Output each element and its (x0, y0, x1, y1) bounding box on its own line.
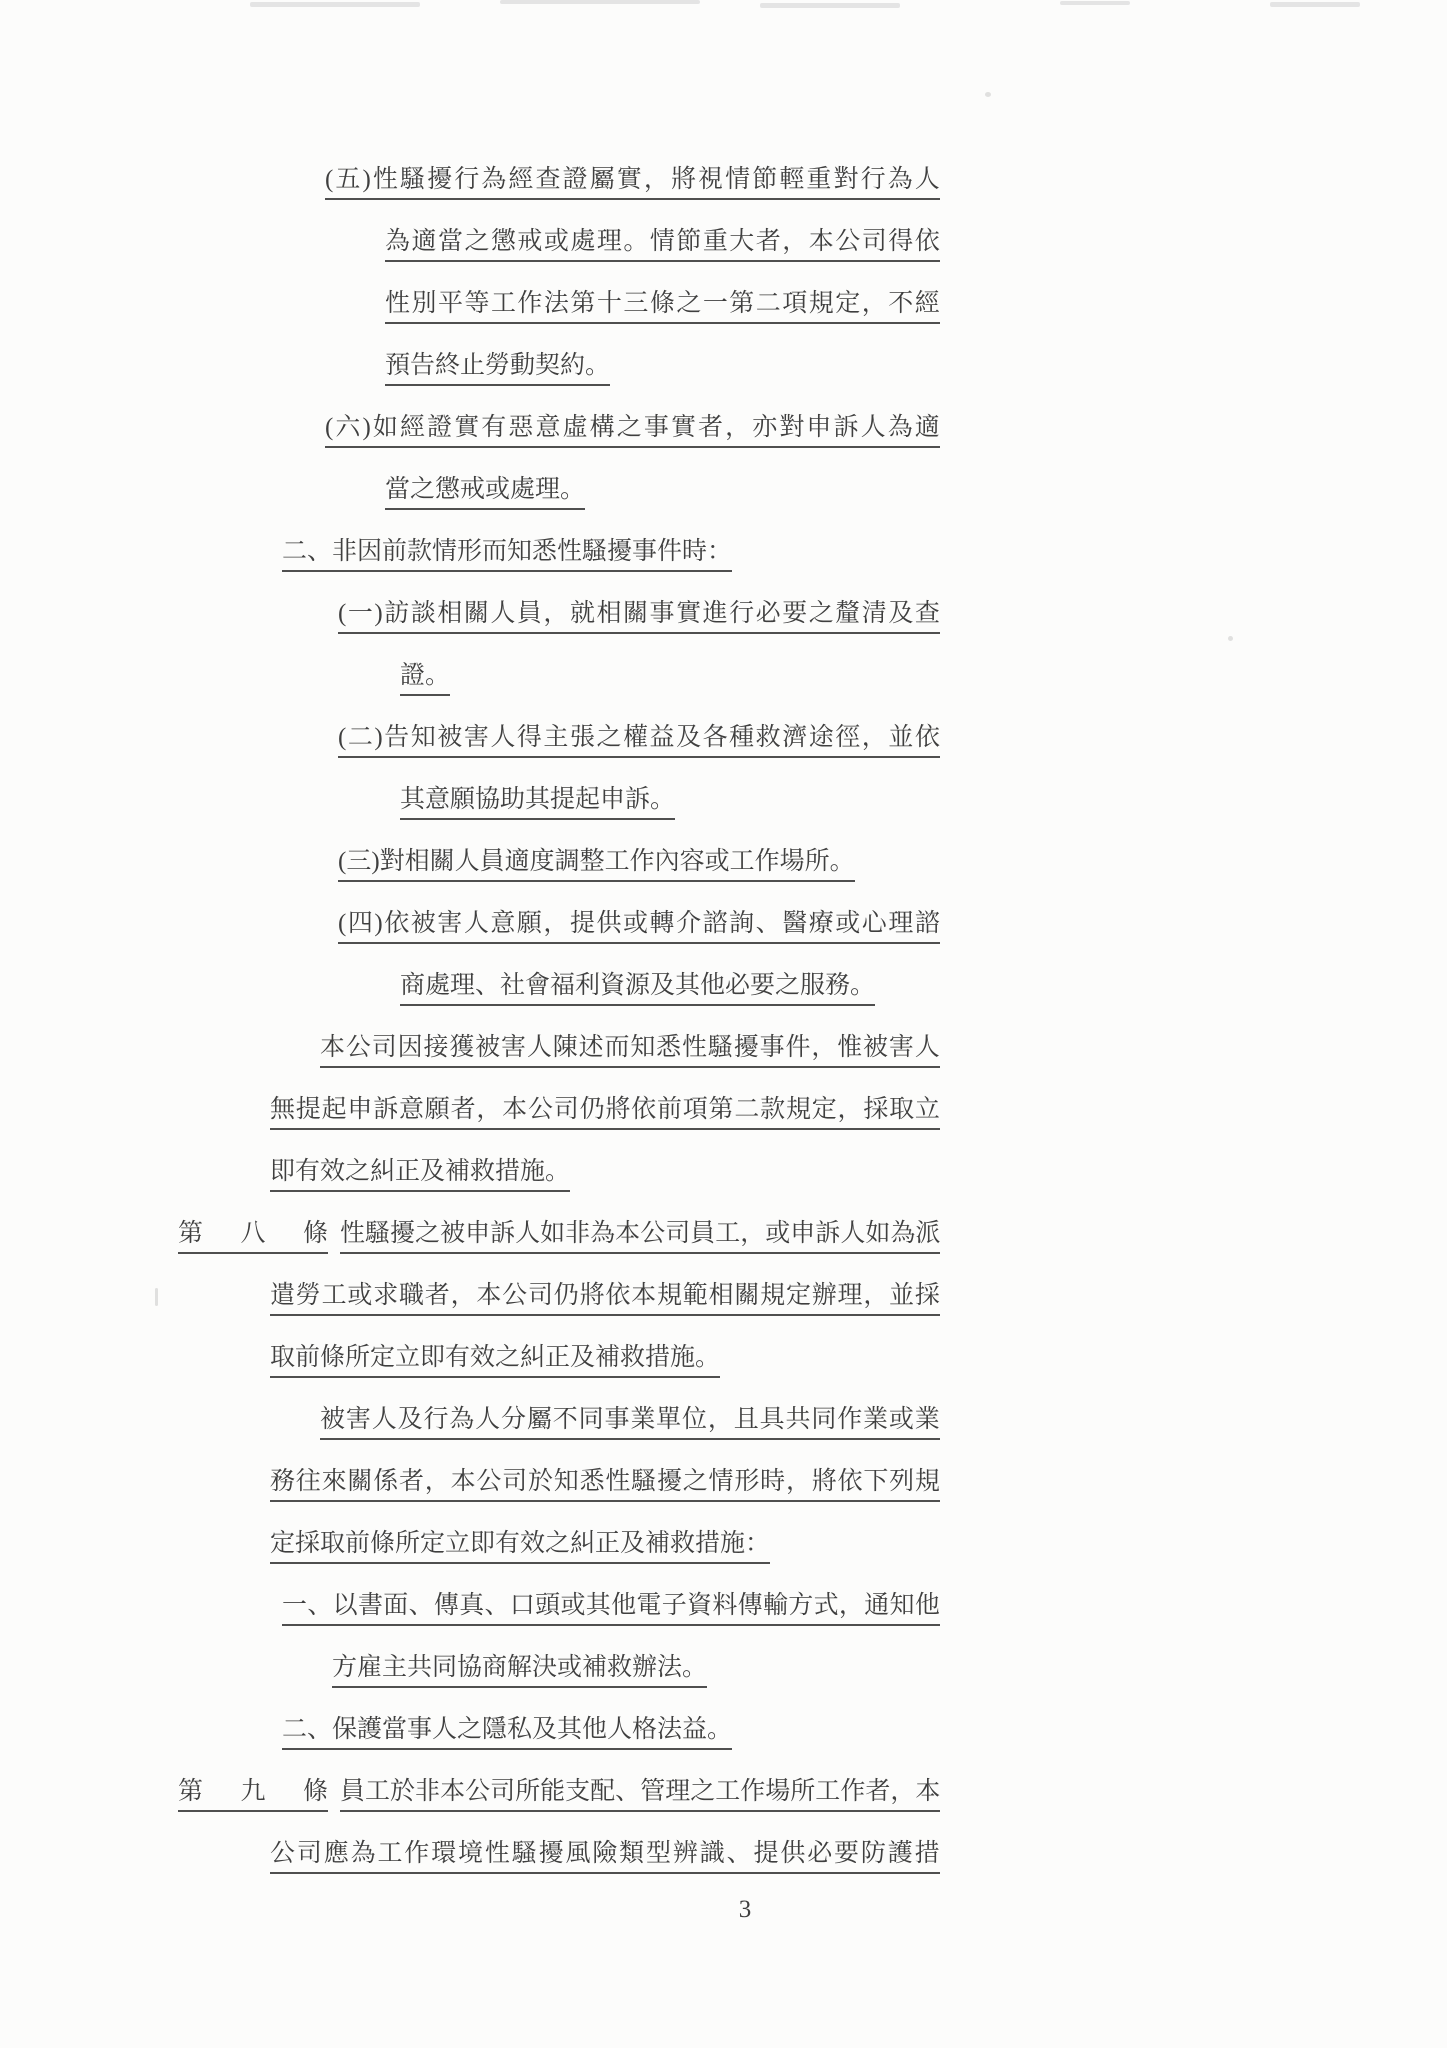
article-number-label: 第八條 (178, 1221, 328, 1254)
page-number: 3 (0, 1896, 1447, 1924)
scan-smudge (250, 2, 420, 7)
line-text: 二、保護當事人之隱私及其他人格法益。 (282, 1717, 732, 1750)
document-line: 方雇主共同協商解決或補救辦法。 (0, 1640, 1447, 1702)
document-line: 本公司因接獲被害人陳述而知悉性騷擾事件，惟被害人 (0, 1020, 1447, 1082)
line-text: 當之懲戒或處理。 (385, 477, 585, 510)
document-line: (五)性騷擾行為經查證屬實，將視情節輕重對行為人 (0, 152, 1447, 214)
line-text: (二)告知被害人得主張之權益及各種救濟途徑，並依 (338, 725, 940, 758)
line-text: 取前條所定立即有效之糾正及補救措施。 (270, 1345, 720, 1378)
document-line: 預告終止勞動契約。 (0, 338, 1447, 400)
scan-smudge (500, 0, 700, 4)
document-line: 二、保護當事人之隱私及其他人格法益。 (0, 1702, 1447, 1764)
document-line: 務往來關係者，本公司於知悉性騷擾之情形時，將依下列規 (0, 1454, 1447, 1516)
line-text: 本公司因接獲被害人陳述而知悉性騷擾事件，惟被害人 (320, 1035, 940, 1068)
document-line: 公司應為工作環境性騷擾風險類型辨識、提供必要防護措 (0, 1826, 1447, 1888)
line-text: (五)性騷擾行為經查證屬實，將視情節輕重對行為人 (325, 167, 940, 200)
line-text: 無提起申訴意願者，本公司仍將依前項第二款規定，採取立 (270, 1097, 940, 1130)
document-line: (六)如經證實有惡意虛構之事實者，亦對申訴人為適 (0, 400, 1447, 462)
document-line: 即有效之糾正及補救措施。 (0, 1144, 1447, 1206)
scanned-document-page: (五)性騷擾行為經查證屬實，將視情節輕重對行為人為適當之懲戒或處理。情節重大者，… (0, 0, 1447, 2048)
document-body: (五)性騷擾行為經查證屬實，將視情節輕重對行為人為適當之懲戒或處理。情節重大者，… (0, 152, 1447, 1888)
document-line: 二、非因前款情形而知悉性騷擾事件時： (0, 524, 1447, 586)
document-line: 性別平等工作法第十三條之一第二項規定，不經 (0, 276, 1447, 338)
line-text: 公司應為工作環境性騷擾風險類型辨識、提供必要防護措 (270, 1841, 940, 1874)
line-text: 務往來關係者，本公司於知悉性騷擾之情形時，將依下列規 (270, 1469, 940, 1502)
line-text: (六)如經證實有惡意虛構之事實者，亦對申訴人為適 (325, 415, 940, 448)
line-text: 性別平等工作法第十三條之一第二項規定，不經 (385, 291, 940, 324)
scan-smudge (1060, 1, 1130, 5)
line-text: 即有效之糾正及補救措施。 (270, 1159, 570, 1192)
line-text: 方雇主共同協商解決或補救辦法。 (332, 1655, 707, 1688)
document-line: 取前條所定立即有效之糾正及補救措施。 (0, 1330, 1447, 1392)
document-line: 其意願協助其提起申訴。 (0, 772, 1447, 834)
document-line: (四)依被害人意願，提供或轉介諮詢、醫療或心理諮 (0, 896, 1447, 958)
scan-smudge (1270, 2, 1360, 7)
document-line: 當之懲戒或處理。 (0, 462, 1447, 524)
document-line: 商處理、社會福利資源及其他必要之服務。 (0, 958, 1447, 1020)
line-text: 被害人及行為人分屬不同事業單位，且具共同作業或業 (320, 1407, 940, 1440)
line-text: (四)依被害人意願，提供或轉介諮詢、醫療或心理諮 (338, 911, 940, 944)
line-text: (三)對相關人員適度調整工作內容或工作場所。 (338, 849, 855, 882)
document-line: 證。 (0, 648, 1447, 710)
scan-speck (985, 92, 991, 97)
document-line: (一)訪談相關人員，就相關事實進行必要之釐清及查 (0, 586, 1447, 648)
article-line: 第九條員工於非本公司所能支配、管理之工作場所工作者，本 (0, 1764, 1447, 1826)
article-number-label: 第九條 (178, 1779, 328, 1812)
line-text: 其意願協助其提起申訴。 (400, 787, 675, 820)
line-text: 二、非因前款情形而知悉性騷擾事件時： (282, 539, 732, 572)
line-text: 定採取前條所定立即有效之糾正及補救措施： (270, 1531, 770, 1564)
document-line: 一、以書面、傳真、口頭或其他電子資料傳輸方式，通知他 (0, 1578, 1447, 1640)
document-line: (三)對相關人員適度調整工作內容或工作場所。 (0, 834, 1447, 896)
document-line: (二)告知被害人得主張之權益及各種救濟途徑，並依 (0, 710, 1447, 772)
line-text: 為適當之懲戒或處理。情節重大者，本公司得依 (385, 229, 940, 262)
line-text: 遣勞工或求職者，本公司仍將依本規範相關規定辦理，並採 (270, 1283, 940, 1316)
line-text: 一、以書面、傳真、口頭或其他電子資料傳輸方式，通知他 (282, 1593, 940, 1626)
line-text: (一)訪談相關人員，就相關事實進行必要之釐清及查 (338, 601, 940, 634)
line-text: 性騷擾之被申訴人如非為本公司員工，或申訴人如為派 (340, 1221, 940, 1254)
document-line: 遣勞工或求職者，本公司仍將依本規範相關規定辦理，並採 (0, 1268, 1447, 1330)
document-line: 被害人及行為人分屬不同事業單位，且具共同作業或業 (0, 1392, 1447, 1454)
scan-smudge (760, 3, 900, 8)
line-text: 商處理、社會福利資源及其他必要之服務。 (400, 973, 875, 1006)
document-line: 無提起申訴意願者，本公司仍將依前項第二款規定，採取立 (0, 1082, 1447, 1144)
document-line: 為適當之懲戒或處理。情節重大者，本公司得依 (0, 214, 1447, 276)
line-text: 員工於非本公司所能支配、管理之工作場所工作者，本 (340, 1779, 940, 1812)
line-text: 預告終止勞動契約。 (385, 353, 610, 386)
line-text: 證。 (400, 663, 450, 696)
document-line: 定採取前條所定立即有效之糾正及補救措施： (0, 1516, 1447, 1578)
article-line: 第八條性騷擾之被申訴人如非為本公司員工，或申訴人如為派 (0, 1206, 1447, 1268)
